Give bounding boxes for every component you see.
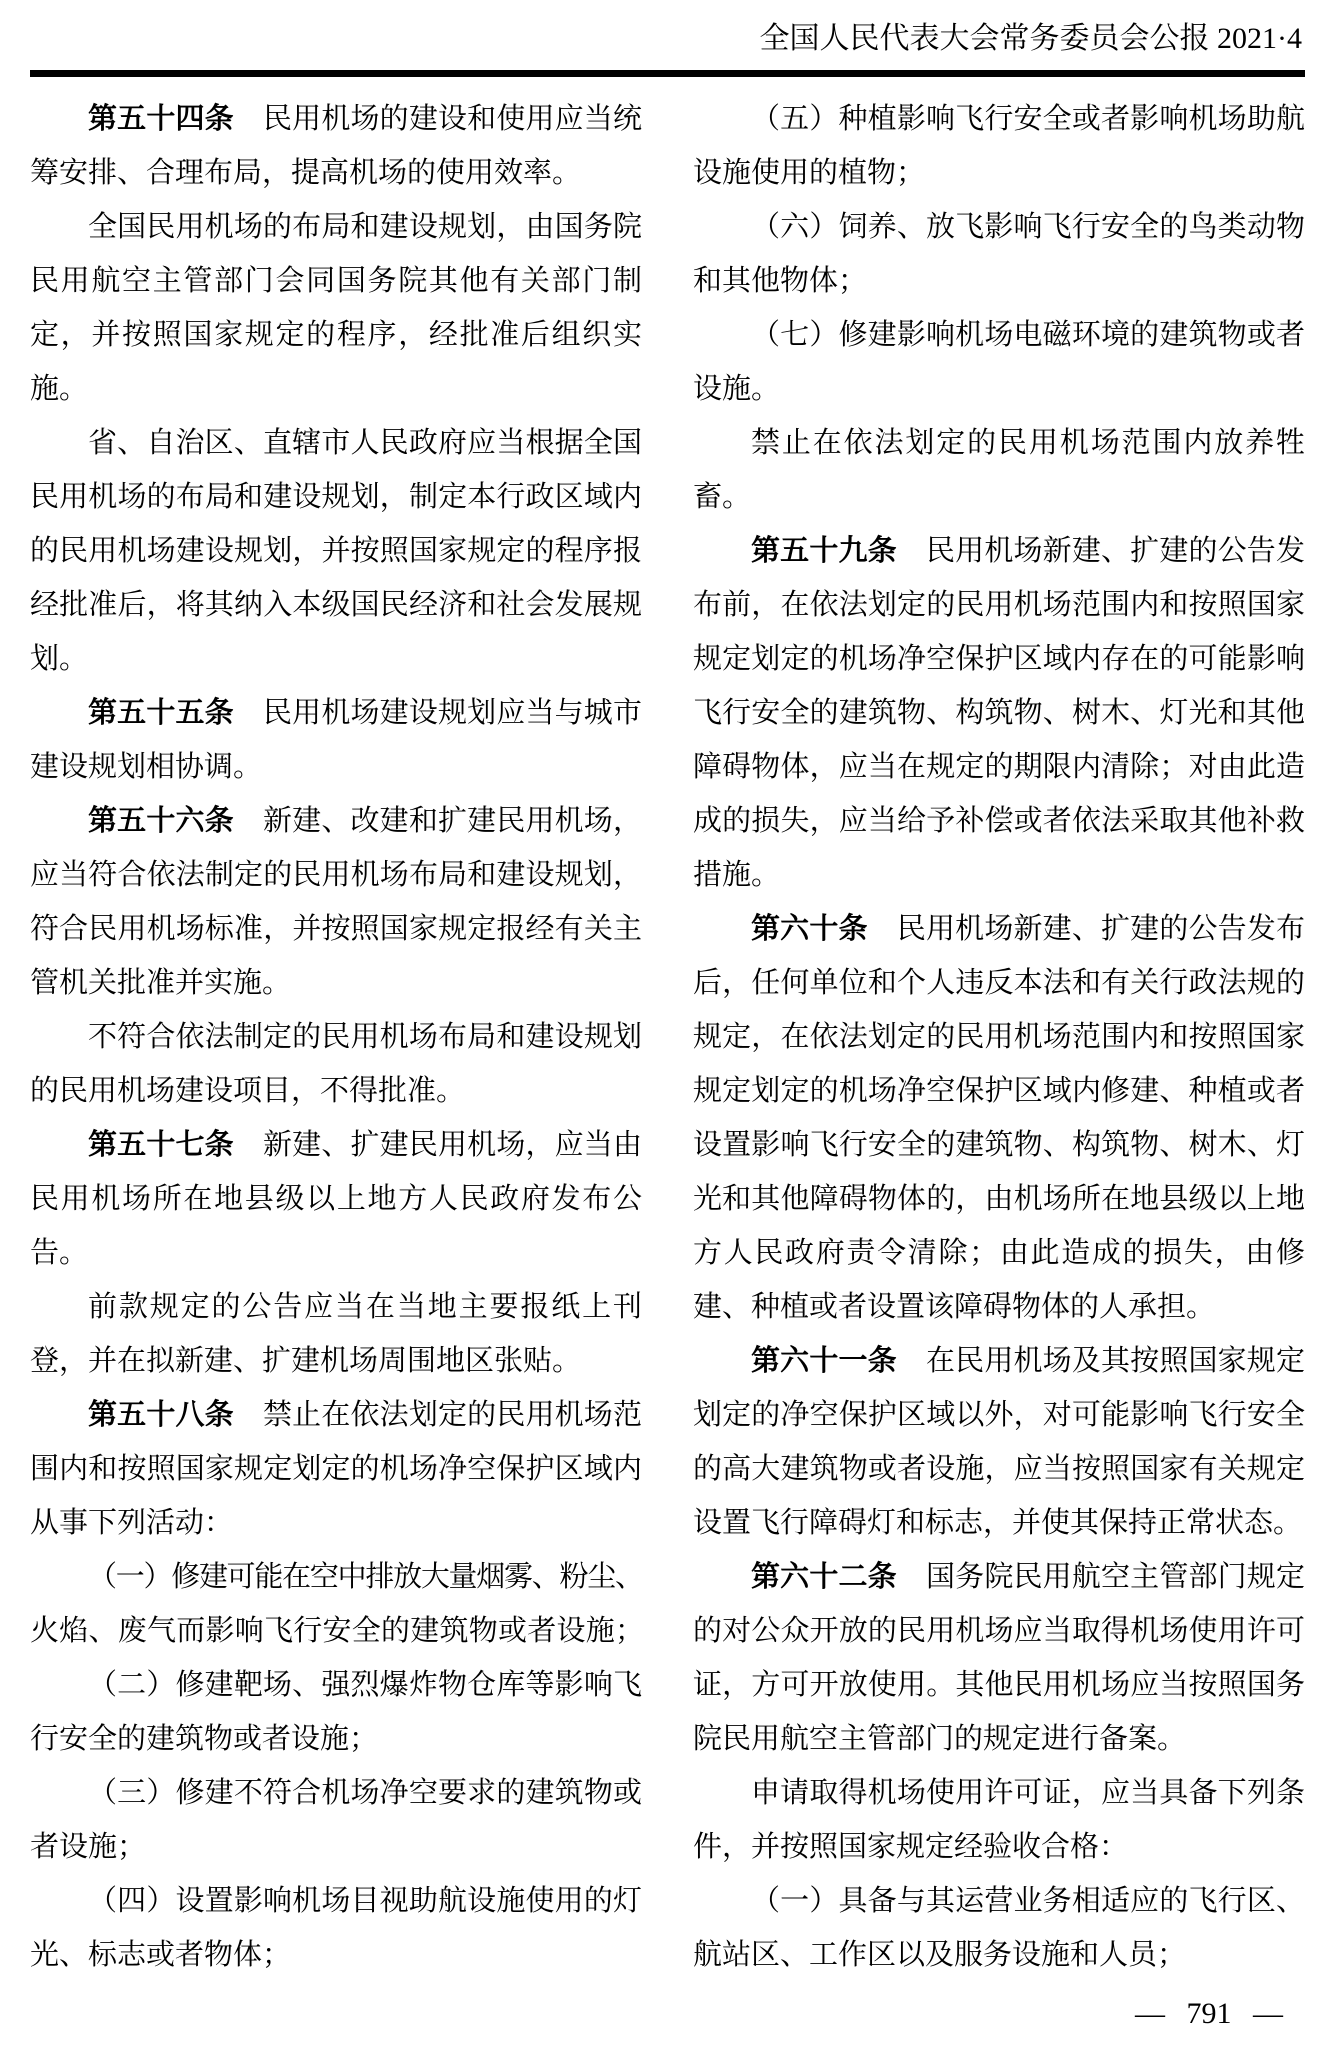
paragraph: （一）修建可能在空中排放大量烟雾、粉尘、火焰、废气而影响飞行安全的建筑物或者设施… — [30, 1550, 642, 1658]
header-title: 全国人民代表大会常务委员会公报 2021·4 — [760, 22, 1303, 55]
article-number: 第六十二条 — [751, 1561, 897, 1593]
page-header: 全国人民代表大会常务委员会公报 2021·4 — [30, 20, 1302, 58]
paragraph: 禁止在依法划定的民用机场范围内放养牲畜。 — [693, 416, 1305, 524]
paragraph: 不符合依法制定的民用机场布局和建设规划的民用机场建设项目，不得批准。 — [30, 1010, 642, 1118]
page-footer: — 791 — — [1135, 1997, 1283, 2031]
article-number: 第六十一条 — [751, 1345, 897, 1377]
article-paragraph: 第五十七条 新建、扩建民用机场，应当由民用机场所在地县级以上地方人民政府发布公告… — [30, 1118, 642, 1280]
paragraph: （三）修建不符合机场净空要求的建筑物或者设施； — [30, 1766, 642, 1874]
paragraph: （七）修建影响机场电磁环境的建筑物或者设施。 — [693, 308, 1305, 416]
right-column: （五）种植影响飞行安全或者影响机场助航设施使用的植物；（六）饲养、放飞影响飞行安… — [693, 92, 1305, 1982]
article-number: 第五十七条 — [88, 1129, 234, 1161]
document-body: 第五十四条 民用机场的建设和使用应当统筹安排、合理布局，提高机场的使用效率。全国… — [30, 92, 1305, 1982]
article-paragraph: 第五十八条 禁止在依法划定的民用机场范围内和按照国家规定划定的机场净空保护区域内… — [30, 1388, 642, 1550]
paragraph: （四）设置影响机场目视助航设施使用的灯光、标志或者物体； — [30, 1874, 642, 1982]
paragraph: （六）饲养、放飞影响飞行安全的鸟类动物和其他物体； — [693, 200, 1305, 308]
article-paragraph: 第五十四条 民用机场的建设和使用应当统筹安排、合理布局，提高机场的使用效率。 — [30, 92, 642, 200]
article-number: 第六十条 — [751, 913, 868, 945]
article-paragraph: 第六十一条 在民用机场及其按照国家规定划定的净空保护区域以外，对可能影响飞行安全… — [693, 1334, 1305, 1550]
paragraph: 全国民用机场的布局和建设规划，由国务院民用航空主管部门会同国务院其他有关部门制定… — [30, 200, 642, 416]
article-paragraph: 第五十九条 民用机场新建、扩建的公告发布前，在依法划定的民用机场范围内和按照国家… — [693, 524, 1305, 902]
paragraph: 省、自治区、直辖市人民政府应当根据全国民用机场的布局和建设规划，制定本行政区域内… — [30, 416, 642, 686]
article-number: 第五十四条 — [88, 103, 234, 135]
page-number: — 791 — — [1135, 1997, 1283, 2030]
paragraph: （五）种植影响飞行安全或者影响机场助航设施使用的植物； — [693, 92, 1305, 200]
left-column: 第五十四条 民用机场的建设和使用应当统筹安排、合理布局，提高机场的使用效率。全国… — [30, 92, 642, 1982]
header-rule — [30, 70, 1305, 77]
article-paragraph: 第五十六条 新建、改建和扩建民用机场，应当符合依法制定的民用机场布局和建设规划，… — [30, 794, 642, 1010]
article-number: 第五十九条 — [751, 535, 897, 567]
document-page: 全国人民代表大会常务委员会公报 2021·4 第五十四条 民用机场的建设和使用应… — [0, 0, 1335, 2054]
article-number: 第五十六条 — [88, 805, 234, 837]
article-paragraph: 第六十条 民用机场新建、扩建的公告发布后，任何单位和个人违反本法和有关行政法规的… — [693, 902, 1305, 1334]
paragraph: 前款规定的公告应当在当地主要报纸上刊登，并在拟新建、扩建机场周围地区张贴。 — [30, 1280, 642, 1388]
article-paragraph: 第六十二条 国务院民用航空主管部门规定的对公众开放的民用机场应当取得机场使用许可… — [693, 1550, 1305, 1766]
article-number: 第五十五条 — [88, 697, 234, 729]
paragraph: 申请取得机场使用许可证，应当具备下列条件，并按照国家规定经验收合格： — [693, 1766, 1305, 1874]
article-paragraph: 第五十五条 民用机场建设规划应当与城市建设规划相协调。 — [30, 686, 642, 794]
paragraph: （一）具备与其运营业务相适应的飞行区、航站区、工作区以及服务设施和人员； — [693, 1874, 1305, 1982]
paragraph: （二）修建靶场、强烈爆炸物仓库等影响飞行安全的建筑物或者设施； — [30, 1658, 642, 1766]
article-number: 第五十八条 — [88, 1399, 234, 1431]
